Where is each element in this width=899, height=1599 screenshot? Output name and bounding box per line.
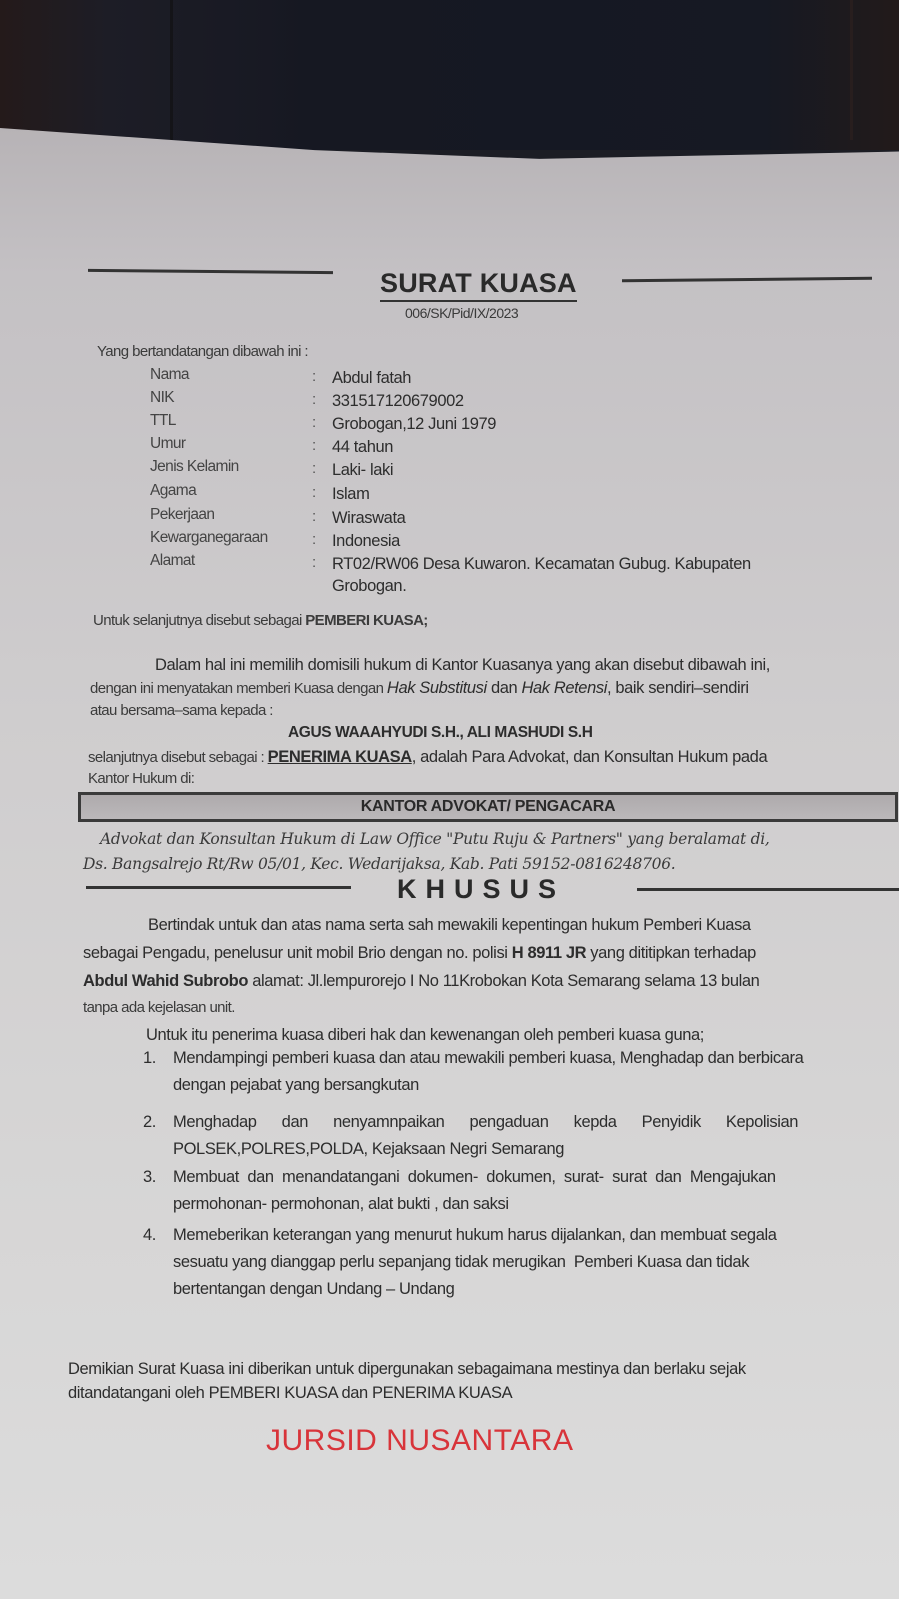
list-item-text: sesuatu yang dianggap perlu sepanjang ti… [173, 1253, 749, 1272]
khusus-heading: KHUSUS [397, 874, 565, 905]
field-label: TTL [150, 412, 176, 430]
field-label: NIK [150, 389, 174, 407]
field-value: 331517120679002 [332, 392, 464, 411]
pemberi-kuasa-label: PEMBERI KUASA; [305, 612, 427, 629]
field-colon: : [312, 368, 316, 385]
field-colon: : [312, 414, 316, 431]
penerima-kuasa-label: PENERIMA KUASA [268, 748, 412, 766]
office-heading: KANTOR ADVOKAT/ PENGACARA [361, 798, 615, 816]
header-rule-right [622, 277, 872, 283]
list-item-number: 1. [143, 1049, 156, 1068]
field-value: RT02/RW06 Desa Kuwaron. Kecamatan Gubug.… [332, 555, 751, 574]
intro-text: Yang bertandatangan dibawah ini : [97, 343, 308, 360]
field-value: 44 tahun [332, 438, 393, 457]
list-item-text: Membuat dan menandatangani dokumen- doku… [173, 1168, 776, 1187]
list-item-text: Menghadap dan nenyamnpaikan pengaduan ke… [173, 1113, 798, 1132]
list-item-text: bertentangan dengan Undang – Undang [173, 1280, 454, 1299]
penerima-kuasa-line: selanjutnya disebut sebagai : PENERIMA K… [88, 748, 767, 767]
field-value: Abdul fatah [332, 369, 411, 388]
document-page: SURAT KUASA 006/SK/Pid/IX/2023 Yang bert… [0, 128, 899, 1599]
field-label: Alamat [150, 552, 195, 570]
field-label: Pekerjaan [150, 506, 214, 524]
khusus-p1-line-1: Bertindak untuk dan atas nama serta sah … [148, 916, 751, 935]
list-item-text: POLSEK,POLRES,POLDA, Kejaksaan Negri Sem… [173, 1140, 564, 1159]
field-colon: : [312, 484, 316, 501]
list-item-number: 2. [143, 1113, 156, 1132]
domisili-line-3: atau bersama–sama kepada : [90, 702, 273, 719]
photo-background [0, 0, 899, 150]
field-value: Wiraswata [332, 509, 405, 528]
field-label: Jenis Kelamin [150, 458, 239, 476]
office-line-2: Ds. Bangsalrejo Rt/Rw 05/01, Kec. Wedari… [83, 855, 675, 873]
field-label: Umur [150, 435, 186, 453]
background-fold [850, 0, 853, 140]
header-rule-left [88, 269, 333, 274]
kantor-hukum-label: Kantor Hukum di: [88, 770, 194, 787]
domisili-line-2: dengan ini menyatakan memberi Kuasa deng… [90, 679, 749, 698]
khusus-p1-line-4: tanpa ada kejelasan unit. [83, 999, 235, 1016]
closing-line-2: ditandatangani oleh PEMBERI KUASA dan PE… [68, 1384, 512, 1403]
list-item-number: 4. [143, 1226, 156, 1245]
field-label: Nama [150, 366, 189, 384]
office-heading-box: KANTOR ADVOKAT/ PENGACARA [78, 792, 898, 822]
defendant-name: Abdul Wahid Subrobo [83, 972, 248, 990]
document-number: 006/SK/Pid/IX/2023 [405, 305, 518, 321]
khusus-p1-line-2: sebagai Pengadu, penelusur unit mobil Br… [83, 944, 756, 963]
khusus-rule-left [86, 886, 351, 889]
khusus-p2: Untuk itu penerima kuasa diberi hak dan … [146, 1026, 704, 1045]
document-title: SURAT KUASA [380, 268, 577, 302]
watermark-text: JURSID NUSANTARA [266, 1424, 573, 1458]
field-value: Islam [332, 485, 369, 504]
field-value: Grobogan,12 Juni 1979 [332, 415, 496, 434]
office-line-1: Advokat dan Konsultan Hukum di Law Offic… [100, 830, 770, 848]
domisili-line-1: Dalam hal ini memilih domisili hukum di … [155, 656, 770, 675]
khusus-p1-line-3: Abdul Wahid Subrobo alamat: Jl.lempurore… [83, 972, 759, 991]
closing-line-1: Demikian Surat Kuasa ini diberikan untuk… [68, 1360, 746, 1379]
list-item-text: Memeberikan keterangan yang menurut huku… [173, 1226, 777, 1245]
field-colon: : [312, 391, 316, 408]
field-value: Indonesia [332, 532, 400, 551]
field-colon: : [312, 508, 316, 525]
field-colon: : [312, 531, 316, 548]
field-label: Kewarganegaraan [150, 529, 268, 547]
list-item-text: dengan pejabat yang bersangkutan [173, 1076, 419, 1095]
field-colon: : [312, 437, 316, 454]
list-item-number: 3. [143, 1168, 156, 1187]
pemberi-kuasa-line: Untuk selanjutnya disebut sebagai PEMBER… [93, 612, 428, 629]
list-item-text: Mendampingi pemberi kuasa dan atau mewak… [173, 1049, 803, 1068]
recipients-names: AGUS WAAAHYUDI S.H., ALI MASHUDI S.H [288, 724, 593, 742]
field-colon: : [312, 554, 316, 571]
field-value: Laki- laki [332, 461, 393, 480]
license-plate: H 8911 JR [512, 944, 586, 962]
field-colon: : [312, 460, 316, 477]
list-item-text: permohonan- permohonan, alat bukti , dan… [173, 1195, 509, 1214]
khusus-rule-right [637, 888, 899, 891]
field-label: Agama [150, 482, 196, 500]
field-value-continued: Grobogan. [332, 577, 406, 596]
background-fold [170, 0, 173, 140]
